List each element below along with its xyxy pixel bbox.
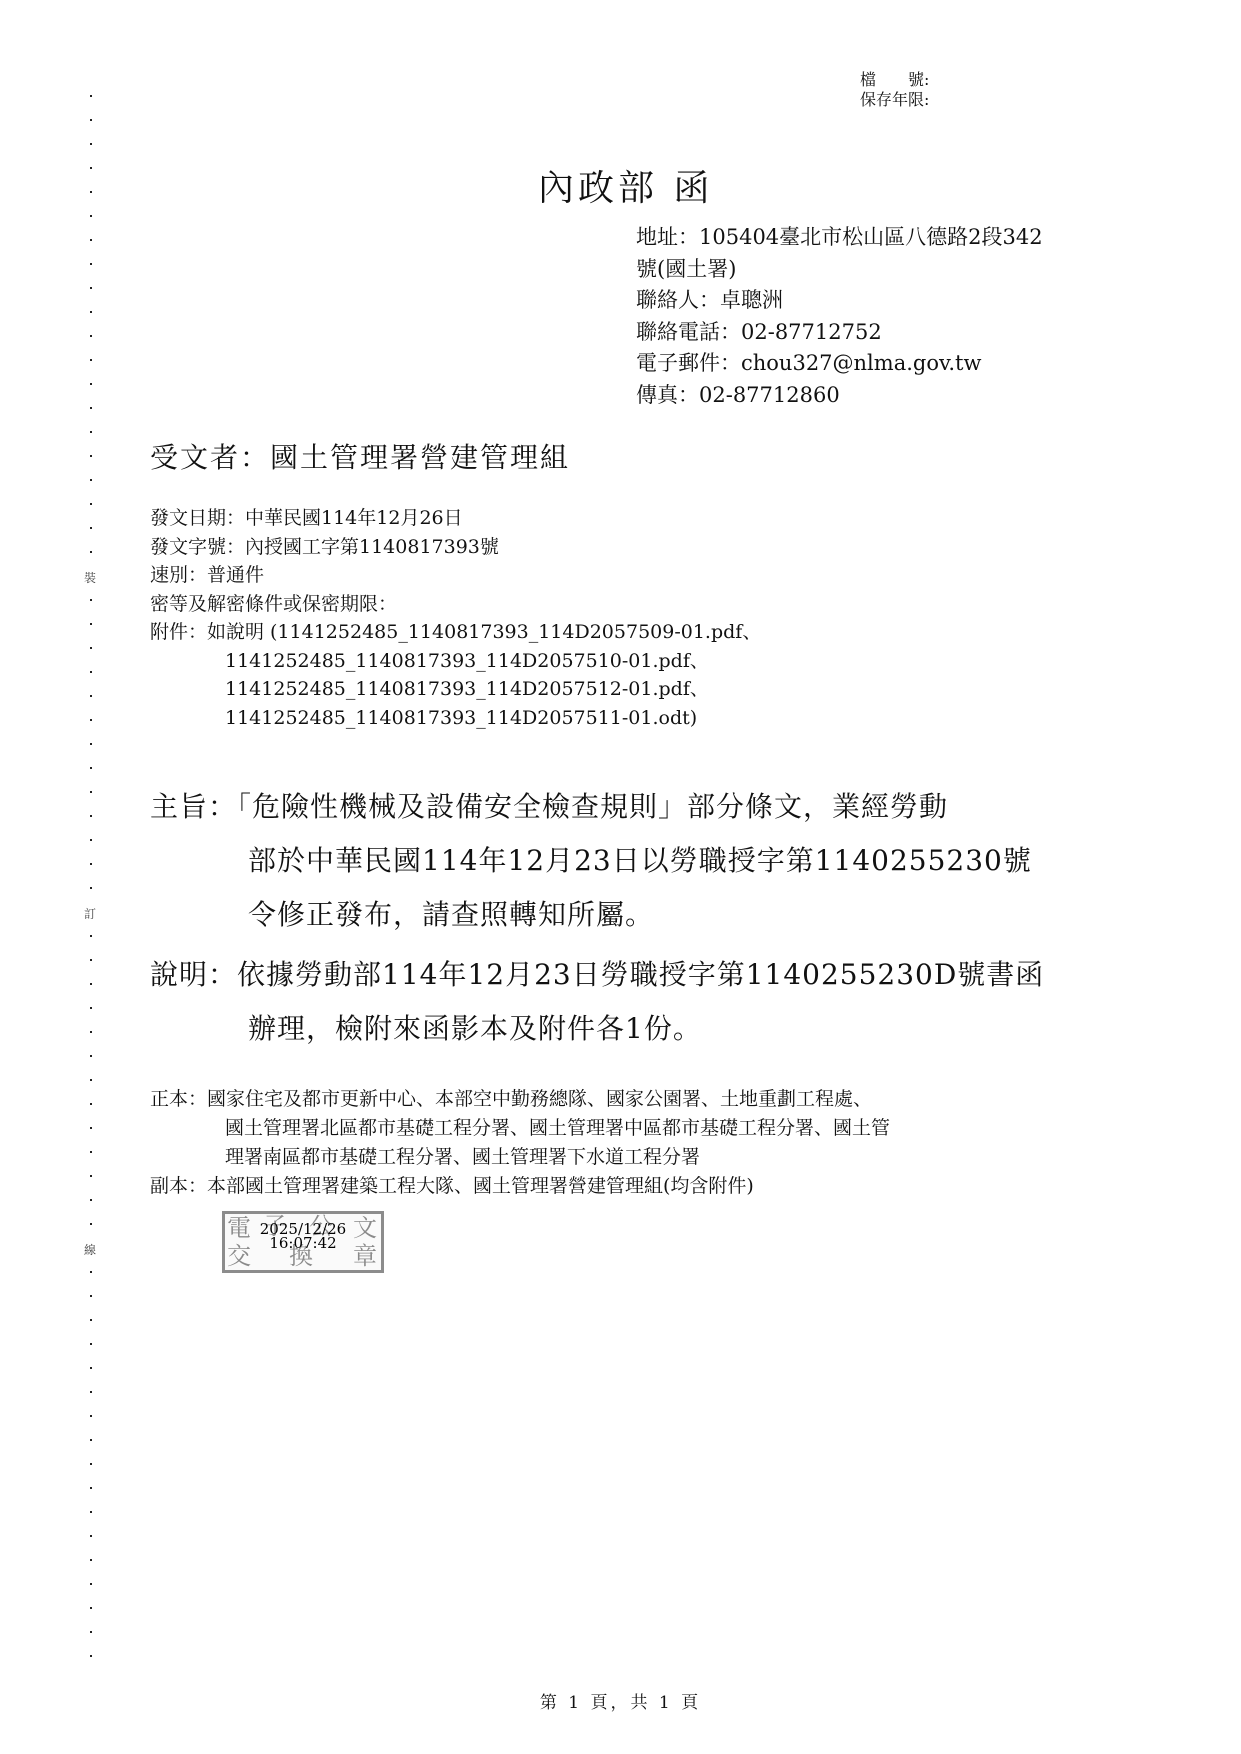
binding-dot [90, 1415, 92, 1417]
binding-dot [90, 887, 92, 889]
description-line: 辦理，檢附來函影本及附件各1份。 [150, 1002, 1044, 1056]
binding-dot [90, 359, 92, 361]
description-line: 說明：依據勞動部114年12月23日勞職授字第1140255230D號書函 [150, 948, 1044, 1002]
contact-phone: 聯絡電話：02-87712752 [636, 317, 1043, 349]
binding-dot [90, 1271, 92, 1273]
binding-dot [90, 167, 92, 169]
binding-dot [90, 1367, 92, 1369]
binding-dot [90, 239, 92, 241]
file-number-label: 檔 號: [860, 70, 929, 90]
binding-dot [90, 1511, 92, 1513]
binding-dot [90, 95, 92, 97]
binding-dot [90, 1127, 92, 1129]
binding-dot [90, 527, 92, 529]
subject: 主旨：「危險性機械及設備安全檢查規則」部分條文，業經勞動 部於中華民國114年1… [150, 780, 1032, 942]
address-line: 地址：105404臺北市松山區八德路2段342 [636, 222, 1043, 254]
attachments-label: 附件：如說明 (1141252485_1140817393_114D205750… [150, 618, 761, 647]
main-recipients-cont: 理署南區都市基礎工程分署、國土管理署下水道工程分署 [150, 1143, 890, 1172]
binding-dot [90, 1223, 92, 1225]
stamp-char: 電 [227, 1216, 251, 1240]
binding-dot [90, 1439, 92, 1441]
binding-dot [90, 1607, 92, 1609]
binding-dot [90, 719, 92, 721]
binding-dot [90, 959, 92, 961]
binding-mark: 裝 [84, 569, 96, 586]
binding-line: 裝訂線 [86, 95, 98, 1685]
binding-dot [90, 335, 92, 337]
main-recipients: 正本：國家住宅及都市更新中心、本部空中勤務總隊、國家公園署、土地重劃工程處、 [150, 1085, 890, 1114]
binding-dot [90, 767, 92, 769]
binding-dot [90, 119, 92, 121]
contact-email: 電子郵件：chou327@nlma.gov.tw [636, 348, 1043, 380]
binding-mark: 訂 [84, 905, 96, 922]
binding-dot [90, 695, 92, 697]
binding-dot [90, 935, 92, 937]
binding-dot [90, 1583, 92, 1585]
binding-dot [90, 1487, 92, 1489]
binding-dot [90, 1007, 92, 1009]
binding-dot [90, 311, 92, 313]
binding-dot [90, 407, 92, 409]
binding-dot [90, 1031, 92, 1033]
e-document-stamp: 電 子 公 文 交 換 章 2025/12/26 16:07:42 [222, 1211, 384, 1273]
binding-dot [90, 551, 92, 553]
retention-label: 保存年限: [860, 90, 929, 110]
speed-class: 速別：普通件 [150, 561, 761, 590]
binding-dot [90, 1463, 92, 1465]
binding-mark: 線 [84, 1241, 96, 1258]
binding-dot [90, 215, 92, 217]
binding-dot [90, 1391, 92, 1393]
sender-info: 地址：105404臺北市松山區八德路2段342 號(國土署) 聯絡人：卓聰洲 聯… [636, 222, 1043, 411]
contact-fax: 傳真：02-87712860 [636, 380, 1043, 412]
description: 說明：依據勞動部114年12月23日勞職授字第1140255230D號書函 辦理… [150, 948, 1044, 1056]
main-recipients-cont: 國土管理署北區都市基礎工程分署、國土管理署中區都市基礎工程分署、國土管 [150, 1114, 890, 1143]
binding-dot [90, 839, 92, 841]
stamp-char: 章 [353, 1244, 377, 1268]
binding-dot [90, 1199, 92, 1201]
subject-line: 主旨：「危險性機械及設備安全檢查規則」部分條文，業經勞動 [150, 780, 1032, 834]
binding-dot [90, 815, 92, 817]
address-line-2: 號(國土署) [636, 254, 1043, 286]
file-meta: 檔 號: 保存年限: [860, 70, 929, 110]
binding-dot [90, 1631, 92, 1633]
recipient: 受文者：國土管理署營建管理組 [150, 436, 570, 476]
attachment-item: 1141252485_1140817393_114D2057512-01.pdf… [150, 675, 761, 704]
binding-dot [90, 647, 92, 649]
cc-recipients: 副本：本部國土管理署建築工程大隊、國土管理署營建管理組(均含附件) [150, 1172, 890, 1201]
binding-dot [90, 1103, 92, 1105]
binding-dot [90, 623, 92, 625]
binding-dot [90, 1655, 92, 1657]
stamp-char: 文 [353, 1216, 377, 1240]
binding-dot [90, 671, 92, 673]
binding-dot [90, 1343, 92, 1345]
binding-dot [90, 191, 92, 193]
binding-dot [90, 455, 92, 457]
issue-date: 發文日期：中華民國114年12月26日 [150, 504, 761, 533]
binding-dot [90, 1319, 92, 1321]
binding-dot [90, 503, 92, 505]
binding-dot [90, 431, 92, 433]
binding-dot [90, 791, 92, 793]
binding-dot [90, 599, 92, 601]
binding-dot [90, 263, 92, 265]
binding-dot [90, 1175, 92, 1177]
attachment-item: 1141252485_1140817393_114D2057510-01.pdf… [150, 647, 761, 676]
binding-dot [90, 1079, 92, 1081]
binding-dot [90, 1559, 92, 1561]
binding-dot [90, 743, 92, 745]
binding-dot [90, 1055, 92, 1057]
document-info: 發文日期：中華民國114年12月26日 發文字號：內授國工字第114081739… [150, 504, 761, 732]
document-number: 發文字號：內授國工字第1140817393號 [150, 533, 761, 562]
secrecy-level: 密等及解密條件或保密期限： [150, 590, 761, 619]
distribution: 正本：國家住宅及都市更新中心、本部空中勤務總隊、國家公園署、土地重劃工程處、 國… [150, 1085, 890, 1201]
binding-dot [90, 1535, 92, 1537]
binding-dot [90, 383, 92, 385]
binding-dot [90, 1295, 92, 1297]
binding-dot [90, 1151, 92, 1153]
subject-line: 令修正發布，請查照轉知所屬。 [150, 888, 1032, 942]
binding-dot [90, 143, 92, 145]
contact-person: 聯絡人：卓聰洲 [636, 285, 1043, 317]
document-title: 內政部 函 [538, 160, 713, 211]
stamp-time: 16:07:42 [253, 1236, 353, 1250]
binding-dot [90, 287, 92, 289]
binding-dot [90, 983, 92, 985]
stamp-char: 交 [227, 1244, 251, 1268]
attachment-item: 1141252485_1140817393_114D2057511-01.odt… [150, 704, 761, 733]
binding-dot [90, 479, 92, 481]
subject-line: 部於中華民國114年12月23日以勞職授字第1140255230號 [150, 834, 1032, 888]
stamp-timestamp: 2025/12/26 16:07:42 [253, 1222, 353, 1250]
binding-dot [90, 863, 92, 865]
page-number: 第 1 頁，共 1 頁 [0, 1688, 1241, 1713]
